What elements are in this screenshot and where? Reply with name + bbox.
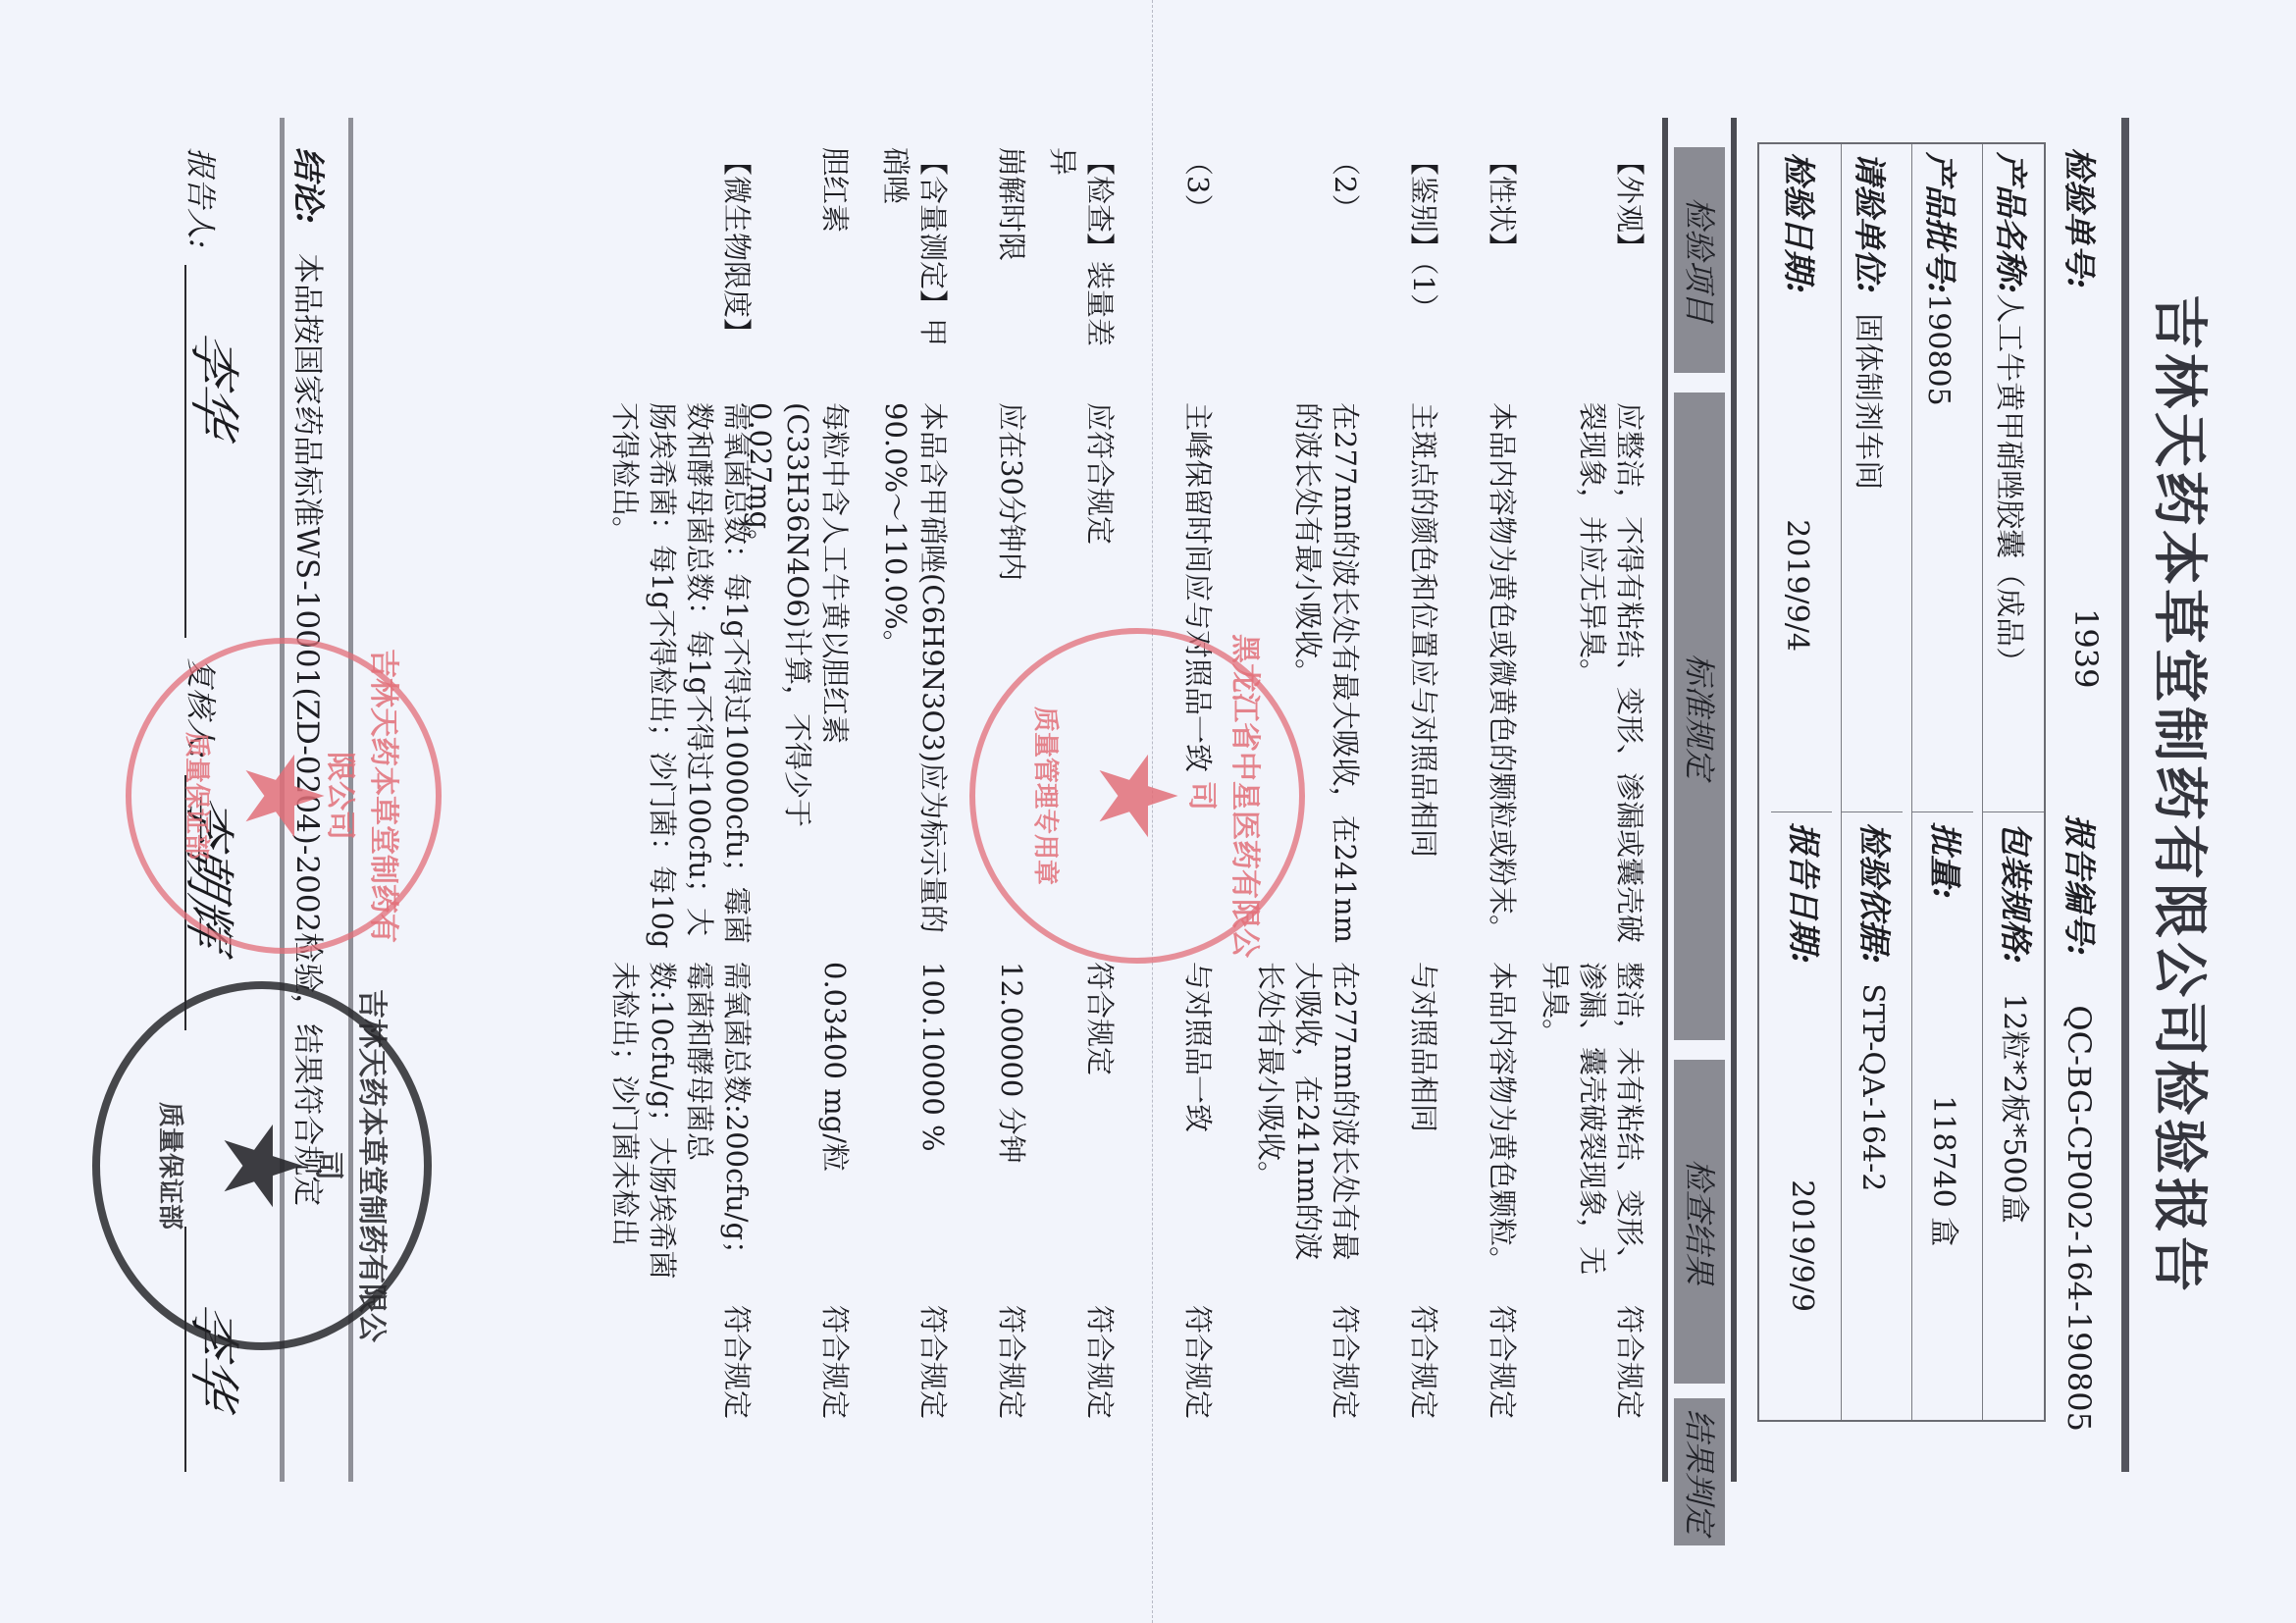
star-icon: ★ (208, 1118, 316, 1215)
table-cell-verdict: 符合规定 (816, 1305, 854, 1452)
table-cell-standard: 本品内容物为黄色或微黄色的颗粒或粉末。 (1484, 402, 1521, 952)
table-cell-verdict: 符合规定 (993, 1305, 1030, 1452)
table-cell-standard: 需氧菌总数：每1g不得过10000cfu；霉菌数和酵母菌总数：每1g不得过100… (606, 402, 756, 952)
table-cell-item: 【鉴别】（1） (1405, 147, 1442, 373)
table-cell-item: 胆红素 (816, 147, 854, 373)
table-cell-standard: 主斑点的颜色和位置应与对照品相同 (1405, 402, 1442, 952)
company-qa-stamp-black: 吉林天药本草堂制药有限公司 ★ 质量保证部 (92, 981, 432, 1350)
table-cell-result: 与对照品相同 (1405, 962, 1442, 1285)
inspection-report-page: 吉林天药本草堂制药有限公司检验报告 检验单号: 1939 报告编号: QC-BG… (0, 0, 2296, 1623)
table-cell-verdict: 符合规定 (1611, 1305, 1648, 1452)
table-cell-result: 12.00000 分钟 (993, 962, 1030, 1285)
table-cell-result: 100.10000 % (914, 962, 952, 1285)
table-cell-result: 本品内容物为黄色颗粒。 (1484, 962, 1521, 1285)
table-cell-item: 【外观】 (1611, 147, 1648, 373)
info-row: 产品名称:人工牛黄甲硝唑胶囊（成品） 包装规格:12粒*2板*500盒 (1982, 144, 2044, 1420)
table-cell-item: （3） (1179, 147, 1217, 373)
col-item: 检验项目 (1674, 147, 1725, 373)
table-cell-item: 【含量测定】甲硝唑 (877, 147, 952, 373)
distributor-qa-stamp-red: 黑龙江省中星医药有限公司 ★ 质量管理专用章 (969, 628, 1305, 964)
table-cell-standard: 应整洁，不得有粘结、变形、渗漏或囊壳破裂现象，并应无异臭。 (1574, 402, 1648, 952)
table-cell-result: 需氧菌总数:200cfu/g；霉菌和酵母菌总数:10cfu/g；大肠埃希菌未检出… (606, 962, 756, 1285)
star-icon: ★ (1083, 748, 1191, 845)
inspection-no: 检验单号: 1939 (2059, 147, 2105, 288)
col-standard: 标准规定 (1674, 393, 1725, 1040)
col-verdict: 结果判定 (1674, 1398, 1725, 1545)
table-cell-verdict: 符合规定 (1327, 1305, 1364, 1452)
table-cell-result: 符合规定 (1081, 962, 1119, 1285)
col-result: 检查结果 (1674, 1060, 1725, 1384)
table-cell-item: 【微生物限度】 (718, 147, 756, 373)
reporter-label: 报告人: (182, 147, 226, 248)
results-table-header: 检验项目 标准规定 检查结果 结果判定 (1662, 118, 1737, 1482)
info-row: 产品批号:190805 批量:118740 盒 (1911, 144, 1973, 1420)
table-cell-verdict: 符合规定 (718, 1305, 756, 1452)
product-info-table: 产品名称:人工牛黄甲硝唑胶囊（成品） 包装规格:12粒*2板*500盒 产品批号… (1757, 142, 2046, 1422)
table-cell-verdict: 符合规定 (1081, 1305, 1119, 1452)
table-cell-verdict: 符合规定 (1179, 1305, 1217, 1452)
table-cell-verdict: 符合规定 (1405, 1305, 1442, 1452)
table-cell-result: 在277nm的波长处有最大吸收，在241nm的波长处有最小吸收。 (1252, 962, 1364, 1285)
reporter-line (184, 265, 186, 638)
table-cell-result: 整洁，未有粘结、变形、渗漏、囊壳破裂现象，无异臭。 (1537, 962, 1648, 1285)
info-row: 请验单位:固体制剂车间 检验依据:STP-QA-164-2 (1841, 144, 1903, 1420)
table-cell-item: 崩解时限 (993, 147, 1030, 373)
table-cell-verdict: 符合规定 (914, 1305, 952, 1452)
table-cell-result: 0.03400 mg/粒 (816, 962, 854, 1285)
reporter-signature: 李华 (182, 326, 255, 444)
report-no: 报告编号: QC-BG-CP002-164-190805 (2059, 814, 2105, 1432)
table-cell-result: 与对照品一致 (1179, 962, 1217, 1285)
table-cell-item: 【性状】 (1484, 147, 1521, 373)
table-cell-verdict: 符合规定 (1484, 1305, 1521, 1452)
table-cell-standard: 每粒中含人工牛黄以胆红素(C33H36N4O6)计算，不得少于0.027mg。 (742, 402, 854, 952)
table-cell-item: （2） (1327, 147, 1364, 373)
table-cell-standard: 本品含甲硝唑(C6H9N3O3)应为标示量的90.0%～110.0%。 (877, 402, 952, 952)
report-title: 吉林天药本草堂制药有限公司检验报告 (2144, 147, 2222, 1442)
table-cell-standard: 在277nm的波长处有最大吸收，在241nm的波长处有最小吸收。 (1289, 402, 1364, 952)
info-row: 检验日期:2019/9/4 报告日期:2019/9/9 (1771, 144, 1832, 1420)
table-cell-item: 【检查】装量差异 (1044, 147, 1119, 373)
title-rule (2121, 118, 2129, 1472)
company-qa-stamp-red: 吉林天药本草堂制药有限公司 ★ 质量保证部 (126, 638, 442, 954)
